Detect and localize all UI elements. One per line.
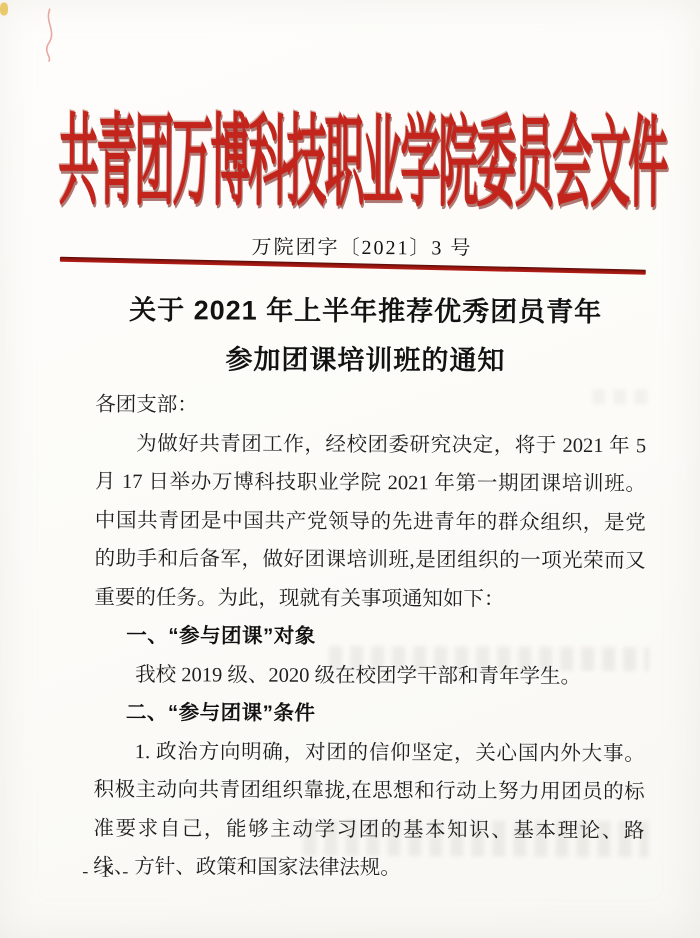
body-paragraph: 1. 政治方向明确，对团的信仰坚定，关心国内外大事。积极主动向共青团组织靠拢,在… [93, 732, 645, 888]
section-heading: 二、“参与团课”条件 [94, 694, 645, 735]
salutation: 各团支部： [95, 386, 646, 427]
notice-title-line1: 关于 2021 年上半年推荐优秀团员青年 [31, 286, 700, 338]
body-content-list: 为做好共青团工作，经校团委研究决定，将于 2021 年 5 月 17 日举办万博… [93, 424, 646, 888]
scan-mark-dot [0, 2, 8, 15]
body-paragraph: 为做好共青团工作，经校团委研究决定，将于 2021 年 5 月 17 日举办万博… [94, 424, 646, 619]
notice-title-line2: 参加团课培训班的通知 [30, 335, 700, 387]
notice-title: 关于 2021 年上半年推荐优秀团员青年 参加团课培训班的通知 [30, 286, 700, 387]
document-number: 万院团字〔2021〕3 号 [23, 230, 700, 262]
section-heading: 一、“参与团课”对象 [94, 617, 645, 658]
body-paragraph: 我校 2019 级、2020 级在校团学干部和青年学生。 [94, 655, 645, 696]
document-body: 各团支部： 为做好共青团工作，经校团委研究决定，将于 2021 年 5 月 17… [93, 386, 646, 889]
page-number: - 1 - [82, 861, 132, 882]
scan-mark-squiggle [36, 7, 70, 63]
letterhead-org-title: 共青团万博科技职业学院委员会文件 [23, 83, 700, 228]
document-page: 共青团万博科技职业学院委员会文件 万院团字〔2021〕3 号 关于 2021 年… [0, 0, 700, 938]
scanned-document: 共青团万博科技职业学院委员会文件 万院团字〔2021〕3 号 关于 2021 年… [0, 0, 700, 938]
